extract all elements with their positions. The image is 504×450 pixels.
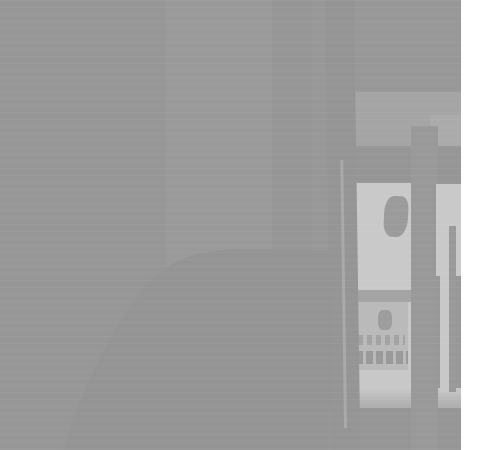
vertical-rail-line [449,226,456,392]
photo-canvas [0,0,504,450]
door-sign-plate [356,302,408,370]
door-left-frame [325,0,360,450]
frame-edge-highlight-line [340,160,347,428]
sign-text-marks-row2 [356,351,408,364]
sign-dark-blob [378,310,392,330]
door-mullion [411,126,438,450]
sign-text-marks-row1 [358,335,405,345]
door-mid-rail [351,290,415,302]
monochrome-photo [0,0,461,450]
page-margin-right [461,0,504,450]
